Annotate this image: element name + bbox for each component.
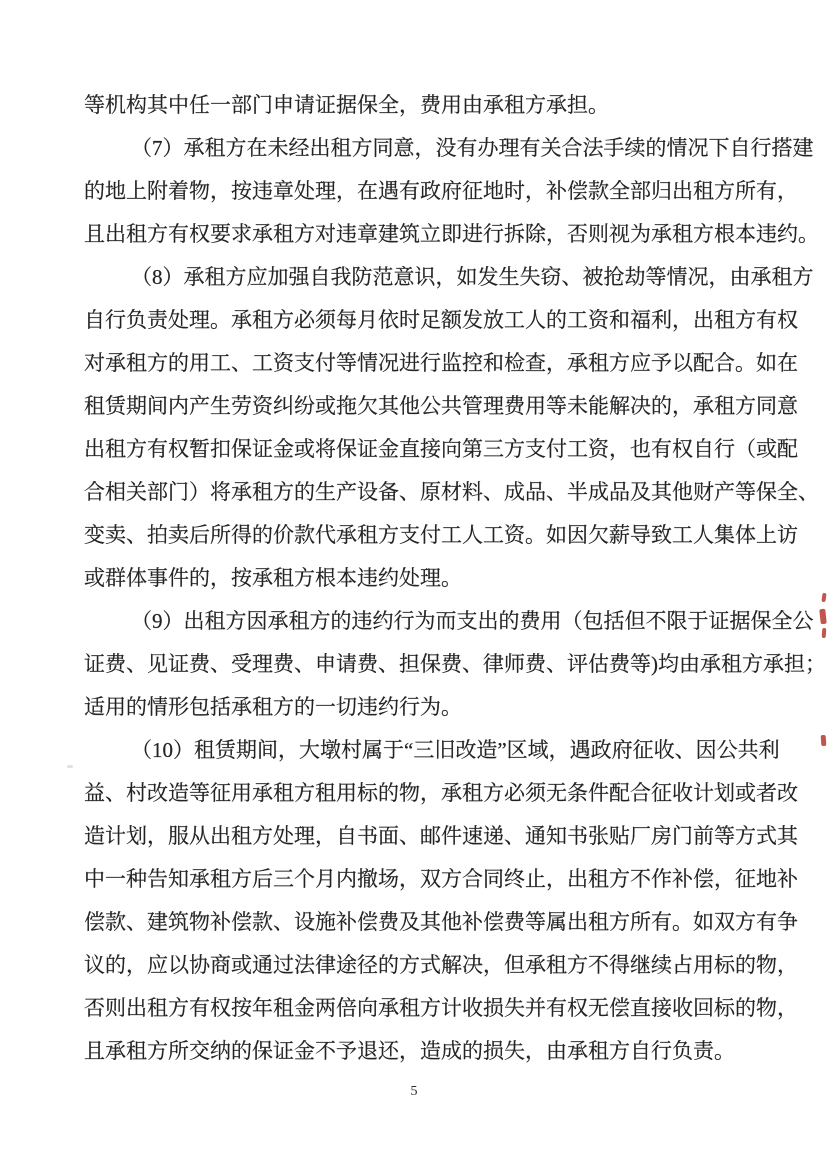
text-line: 变卖、拍卖后所得的价款代承租方支付工人工资。如因欠薪导致工人集体上访 — [84, 514, 764, 557]
text-line: 出租方有权暂扣保证金或将保证金直接向第三方支付工资，也有权自行（或配 — [84, 428, 764, 471]
red-seal-fragment — [821, 593, 826, 602]
text-line: 中一种告知承租方后三个月内撤场，双方合同终止，出租方不作补偿，征地补 — [84, 858, 764, 901]
red-seal-fragment — [821, 735, 827, 746]
text-line: （10）租赁期间，大墩村属于“三旧改造”区域，遇政府征收、因公共利 — [84, 729, 764, 772]
text-line: 自行负责处理。承租方必须每月依时足额发放工人的工资和福利，出租方有权 — [84, 299, 764, 342]
text-line: （7）承租方在未经出租方同意，没有办理有关合法手续的情况下自行搭建 — [84, 127, 764, 170]
text-line: 对承租方的用工、工资支付等情况进行监控和检查，承租方应予以配合。如在 — [84, 342, 764, 385]
text-line: 的地上附着物，按违章处理，在遇有政府征地时，补偿款全部归出租方所有， — [84, 170, 764, 213]
text-line: 适用的情形包括承租方的一切违约行为。 — [84, 686, 764, 729]
text-line: 造计划，服从出租方处理，自书面、邮件速递、通知书张贴厂房门前等方式其 — [84, 815, 764, 858]
contract-page: 等机构其中任一部门申请证据保全，费用由承租方承担。（7）承租方在未经出租方同意，… — [0, 0, 827, 1169]
text-line: 证费、见证费、受理费、申请费、担保费、律师费、评估费等)均由承租方承担； — [84, 643, 764, 686]
text-line: 租赁期间内产生劳资纠纷或拖欠其他公共管理费用等未能解决的，承租方同意 — [84, 385, 764, 428]
text-line: 否则出租方有权按年租金两倍向承租方计收损失并有权无偿直接收回标的物， — [84, 987, 764, 1030]
text-line: （8）承租方应加强自我防范意识，如发生失窃、被抢劫等情况，由承租方 — [84, 256, 764, 299]
text-line: 且承租方所交纳的保证金不予退还，造成的损失，由承租方自行负责。 — [84, 1030, 764, 1073]
red-seal-fragment — [819, 609, 827, 625]
page-number: 5 — [384, 1084, 444, 1100]
text-line: 或群体事件的，按承租方根本违约处理。 — [84, 557, 764, 600]
text-line: 且出租方有权要求承租方对违章建筑立即进行拆除，否则视为承租方根本违约。 — [84, 213, 764, 256]
red-seal-fragment — [822, 628, 827, 638]
text-line: 议的，应以协商或通过法律途径的方式解决，但承租方不得继续占用标的物， — [84, 944, 764, 987]
text-line: （9）出租方因承租方的违约行为而支出的费用（包括但不限于证据保全公 — [84, 600, 764, 643]
text-line: 合相关部门）将承租方的生产设备、原材料、成品、半成品及其他财产等保全、 — [84, 471, 764, 514]
text-line: 等机构其中任一部门申请证据保全，费用由承租方承担。 — [84, 84, 764, 127]
text-line: 偿款、建筑物补偿款、设施补偿费及其他补偿费等属出租方所有。如双方有争 — [84, 901, 764, 944]
text-line: 益、村改造等征用承租方租用标的物，承租方必须无条件配合征收计划或者改 — [84, 772, 764, 815]
document-lines: 等机构其中任一部门申请证据保全，费用由承租方承担。（7）承租方在未经出租方同意，… — [84, 84, 764, 1073]
scan-smudge-mark — [67, 765, 73, 768]
